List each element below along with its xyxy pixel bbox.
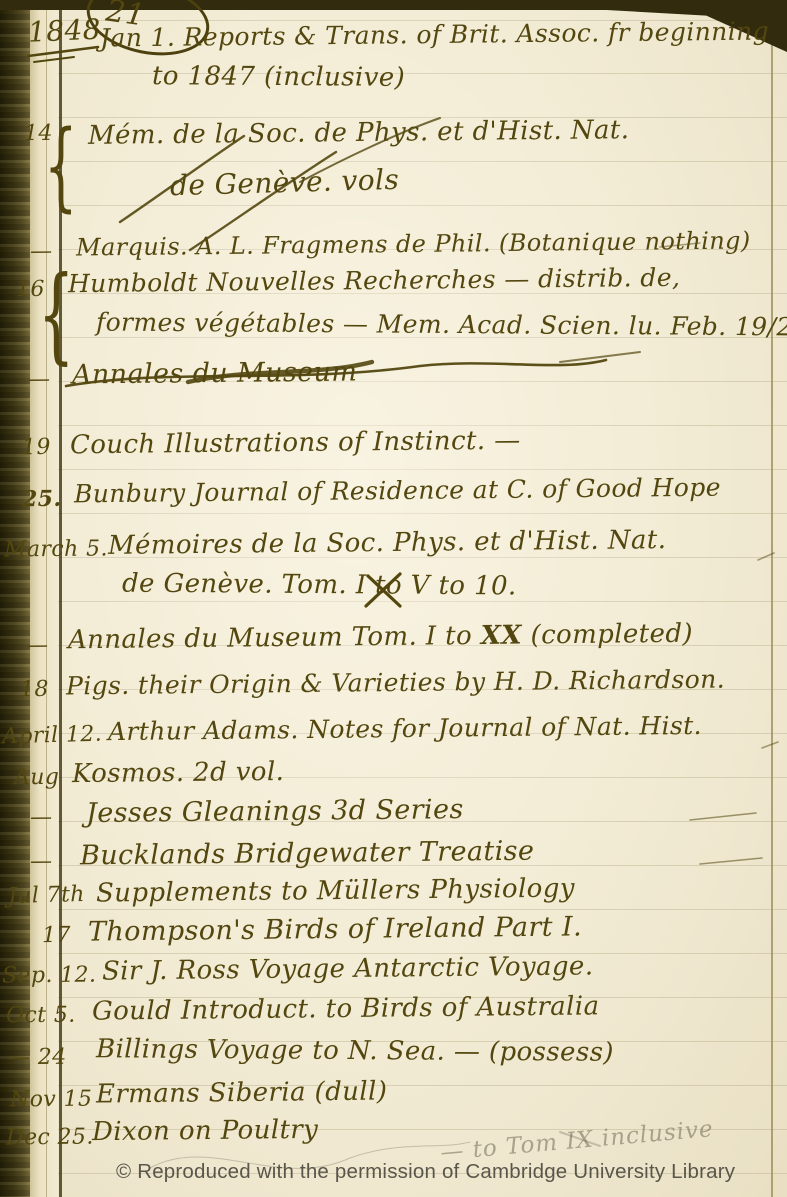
entry-margin-date: — xyxy=(30,806,53,829)
entry-text: Annales du Museum Tom. I to XX (complete… xyxy=(68,621,693,655)
entry-margin-date: — xyxy=(28,368,51,391)
entry-text: de Genève. vols xyxy=(170,165,400,201)
entry-margin-date: Oct 5. xyxy=(6,1004,76,1028)
copyright-watermark: © Reproduced with the permission of Camb… xyxy=(116,1160,735,1184)
entry-margin-date: 25. xyxy=(22,488,62,512)
entry-margin-date: — 24 xyxy=(8,1046,67,1070)
entry-text: de Genève. Tom. I to V to 10. xyxy=(122,571,517,601)
entry-margin-date: 17 xyxy=(42,924,71,947)
entry-text: Sir J. Ross Voyage Antarctic Voyage. xyxy=(102,953,594,985)
entry-text: Humboldt Nouvelles Recherches — distrib.… xyxy=(68,265,681,298)
entry-margin-date: Aug xyxy=(14,766,60,790)
entry-text: Mém. de la Soc. de Phys. et d'Hist. Nat. xyxy=(88,117,630,150)
entry-margin-date: — xyxy=(30,850,53,873)
page-right-edge-line xyxy=(771,40,773,1197)
entry-text: Jesses Gleanings 3d Series xyxy=(86,796,464,828)
entry-margin-date: Sep. 12. xyxy=(2,964,97,988)
entry-margin-date: — xyxy=(26,634,49,657)
entry-text: Couch Illustrations of Instinct. — xyxy=(70,428,521,460)
entry-text: Bucklands Bridgewater Treatise xyxy=(80,838,535,871)
entry-margin-date: March 5. xyxy=(4,537,108,561)
manuscript-page-scan: 1848. 21 Jan 1. Reports & Trans. of Brit… xyxy=(0,0,787,1197)
page-right-edge xyxy=(762,0,787,1197)
entry-text: formes végétables — Mem. Acad. Scien. lu… xyxy=(96,310,787,341)
entry-text: to 1847 (inclusive) xyxy=(152,63,405,92)
entry-margin-date: Nov 15 xyxy=(10,1088,93,1112)
entry-text-part: to 10. xyxy=(430,571,517,602)
entry-text: Gould Introduct. to Birds of Australia xyxy=(92,993,600,1026)
entry-text: Ermans Siberia (dull) xyxy=(96,1078,388,1108)
emphasized-numeral: XX xyxy=(481,621,522,651)
entry-margin-date: Jul 7th xyxy=(8,883,85,908)
entry-text: Dixon on Poultry xyxy=(92,1117,319,1147)
entry-text: Billings Voyage to N. Sea. — (possess) xyxy=(96,1036,614,1067)
entry-text-struck: Annales du Museum xyxy=(72,359,358,390)
entry-text: Thompson's Birds of Ireland Part I. xyxy=(88,913,582,947)
crossed-out-numeral: V xyxy=(411,571,430,601)
entry-text-part: (completed) xyxy=(522,619,693,651)
entry-margin-date: 18 xyxy=(20,678,49,701)
entry-text: Supplements to Müllers Physiology xyxy=(96,875,575,907)
brace-mark: { xyxy=(44,118,78,214)
entry-text: Kosmos. 2d vol. xyxy=(72,759,285,789)
entry-text: Arthur Adams. Notes for Journal of Nat. … xyxy=(108,713,702,745)
entry-text: Mémoires de la Soc. Phys. et d'Hist. Nat… xyxy=(108,527,667,560)
entry-margin-date: April 12. xyxy=(2,723,103,749)
entry-text-part: de Genève. Tom. I to xyxy=(122,569,411,601)
entry-margin-date: Dec 25. xyxy=(6,1126,94,1150)
entry-text-part: Annales du Museum Tom. I to xyxy=(68,621,481,655)
entry-margin-date: 19 xyxy=(22,436,51,460)
